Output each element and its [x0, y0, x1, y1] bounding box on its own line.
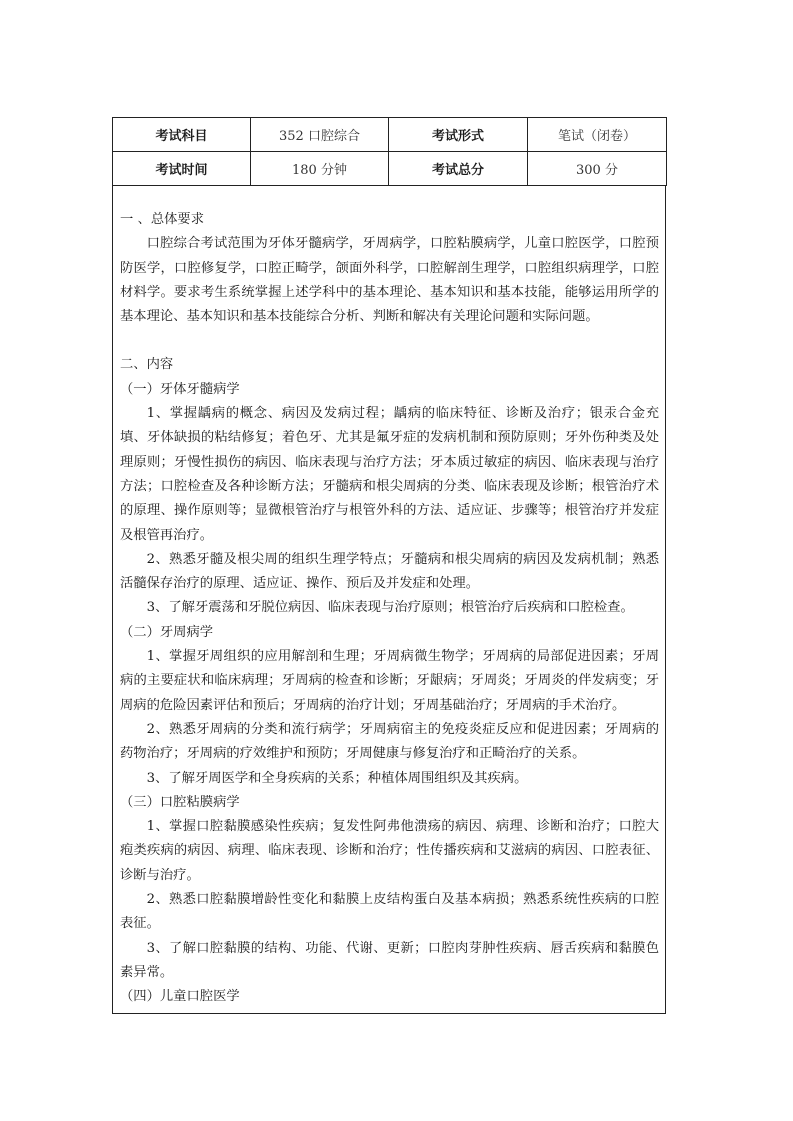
total-score-label: 考试总分: [389, 152, 528, 186]
duration-value: 180 分钟: [251, 152, 389, 186]
endodontics-item-2: 2、熟悉牙髓及根尖周的组织生理学特点；牙髓病和根尖周病的病因及发病机制；熟悉活髓…: [120, 548, 659, 597]
endodontics-item-1: 1、掌握龋病的概念、病因及发病过程；龋病的临床特征、诊断及治疗；银汞合金充填、牙…: [120, 402, 659, 548]
endodontics-item-3: 3、了解牙震荡和牙脱位病因、临床表现与治疗原则；根管治疗后疾病和口腔检查。: [120, 596, 659, 620]
periodontics-item-2: 2、熟悉牙周病的分类和流行病学；牙周病宿主的免疫炎症反应和促进因素；牙周病的药物…: [120, 718, 659, 767]
subsection-heading-endodontics: （一）牙体牙髓病学: [120, 378, 659, 402]
section-heading-general: 一 、总体要求: [120, 208, 659, 232]
general-requirements-paragraph: 口腔综合考试范围为牙体牙髓病学，牙周病学，口腔粘膜病学，儿童口腔医学，口腔预防医…: [120, 232, 659, 329]
subsection-heading-oral-mucosa: （三）口腔粘膜病学: [120, 791, 659, 815]
exam-info-table: 考试科目 352 口腔综合 考试形式 笔试（闭卷） 考试时间 180 分钟 考试…: [112, 117, 667, 186]
pediatric-item-1: 1、掌握早期儿童龋病的综合防治及年轻恒牙的龋病治疗原则；乳牙牙髓和根尖周病的临床…: [120, 1010, 659, 1015]
format-value: 笔试（闭卷）: [528, 118, 667, 152]
oral-mucosa-item-1: 1、掌握口腔黏膜感染性疾病；复发性阿弗他溃疡的病因、病理、诊断和治疗；口腔大疱类…: [120, 815, 659, 888]
oral-mucosa-item-3: 3、了解口腔黏膜的结构、功能、代谢、更新；口腔肉芽肿性疾病、唇舌疾病和黏膜色素异…: [120, 937, 659, 986]
subsection-heading-pediatric: （四）儿童口腔医学: [120, 985, 659, 1009]
section-heading-content: 二、内容: [120, 353, 659, 377]
exam-syllabus-page: 考试科目 352 口腔综合 考试形式 笔试（闭卷） 考试时间 180 分钟 考试…: [112, 117, 666, 1014]
subsection-heading-periodontics: （二）牙周病学: [120, 621, 659, 645]
duration-label: 考试时间: [113, 152, 251, 186]
periodontics-item-3: 3、了解牙周医学和全身疾病的关系；种植体周围组织及其疾病。: [120, 767, 659, 791]
total-score-value: 300 分: [528, 152, 667, 186]
format-label: 考试形式: [389, 118, 528, 152]
periodontics-item-1: 1、掌握牙周组织的应用解剖和生理；牙周病微生物学；牙周病的局部促进因素；牙周病的…: [120, 645, 659, 718]
subject-value: 352 口腔综合: [251, 118, 389, 152]
exam-info-row-subject: 考试科目 352 口腔综合 考试形式 笔试（闭卷）: [113, 118, 667, 152]
syllabus-content: 一 、总体要求 口腔综合考试范围为牙体牙髓病学，牙周病学，口腔粘膜病学，儿童口腔…: [112, 186, 666, 1014]
subject-label: 考试科目: [113, 118, 251, 152]
exam-info-row-time: 考试时间 180 分钟 考试总分 300 分: [113, 152, 667, 186]
oral-mucosa-item-2: 2、熟悉口腔黏膜增龄性变化和黏膜上皮结构蛋白及基本病损；熟悉系统性疾病的口腔表征…: [120, 888, 659, 937]
